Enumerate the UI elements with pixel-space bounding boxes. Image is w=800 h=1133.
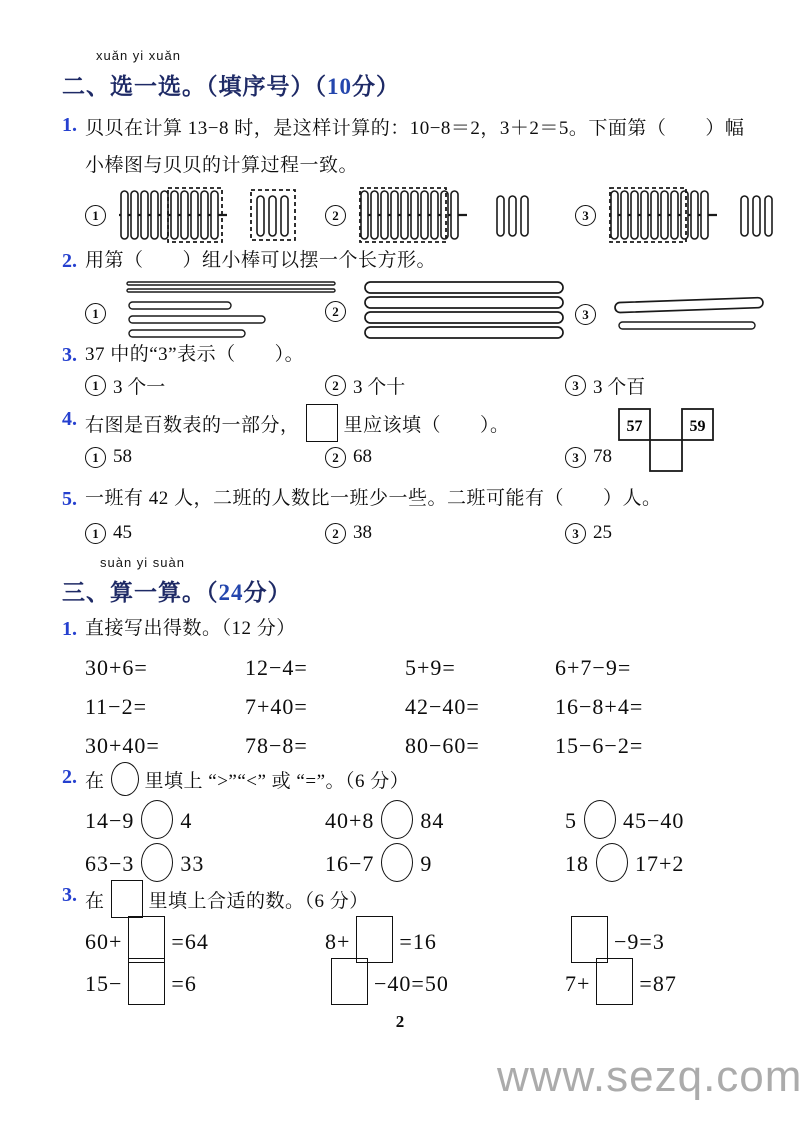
option-circle-2: 2 xyxy=(325,301,346,322)
q4-option-2-text: 68 xyxy=(353,446,372,468)
compare-row-2: 63−333 16−79 1817+2 xyxy=(85,843,775,882)
q5-option-2: 238 xyxy=(325,522,565,544)
option-circle-3: 3 xyxy=(575,205,596,226)
q3-option-1: 13 个一 xyxy=(85,372,325,399)
question-1-number: 1. xyxy=(62,110,85,140)
math-expression[interactable]: 6+7−9= xyxy=(555,648,775,687)
option-circle-3: 3 xyxy=(575,304,596,325)
calc-question-2-number: 2. xyxy=(62,762,85,792)
option-circle-1: 1 xyxy=(85,303,106,324)
q5-option-1: 145 xyxy=(85,522,325,544)
q3-option-2-text: 3 个十 xyxy=(353,372,405,399)
section-calc-heading-tail: 分） xyxy=(244,580,292,605)
q3-intro-after: 里填上合适的数。（6 分） xyxy=(149,891,369,912)
hundred-chart-cell-59: 59 xyxy=(690,418,706,435)
option-circle-1: 1 xyxy=(85,447,106,468)
fill-item: 60+=64 xyxy=(85,916,325,963)
q2-figure-option-1: 1 xyxy=(85,280,345,346)
q4-option-2: 268 xyxy=(325,446,565,468)
fill-item: 8+=16 xyxy=(325,916,565,963)
fill-pre: 8+ xyxy=(325,929,350,954)
q5-option-3: 325 xyxy=(565,522,765,544)
q4-option-1-text: 58 xyxy=(113,446,132,468)
compare-right: 4 xyxy=(180,808,192,833)
stick-bundle-figure-2 xyxy=(359,186,551,244)
compare-left: 18 xyxy=(565,851,589,876)
question-1-text: 贝贝在计算 13−8 时，是这样计算的：10−8＝2，3＋2＝5。下面第（ ）幅… xyxy=(85,110,750,184)
q1-figure-option-1: 1 xyxy=(85,186,311,244)
q4-option-3-text: 78 xyxy=(593,446,612,468)
compare-right: 45−40 xyxy=(623,808,684,833)
q1-figure-option-2: 2 xyxy=(325,186,551,244)
question-5-number: 5. xyxy=(62,484,85,514)
stick-bundle-figure-3 xyxy=(609,186,787,244)
section-choose-heading-text: 二、选一选。（填序号）（ xyxy=(62,74,327,99)
option-circle-2: 2 xyxy=(325,205,346,226)
q3-option-3-text: 3 个百 xyxy=(593,372,645,399)
compare-answer-circle[interactable] xyxy=(596,843,628,882)
fill-post: =16 xyxy=(399,929,436,954)
q5-option-1-text: 45 xyxy=(113,522,132,544)
option-circle-3: 3 xyxy=(565,447,586,468)
calc-question-2-text: 在里填上 “>”“<” 或 “=”。（6 分） xyxy=(85,762,409,797)
fill-answer-box[interactable] xyxy=(571,916,608,963)
fill-answer-box[interactable] xyxy=(596,958,633,1005)
fill-post: =6 xyxy=(171,971,196,996)
q3-option-3: 33 个百 xyxy=(565,372,765,399)
option-circle-1: 1 xyxy=(85,205,106,226)
compare-right: 33 xyxy=(180,851,204,876)
q3-option-1-text: 3 个一 xyxy=(113,372,165,399)
option-circle-2: 2 xyxy=(325,375,346,396)
pinyin-xuan-yi-xuan: xuǎn yi xuǎn xyxy=(96,48,181,63)
q4-inline-answer-box[interactable] xyxy=(306,404,338,442)
math-expression[interactable]: 30+40= xyxy=(85,726,245,765)
q3-option-2: 23 个十 xyxy=(325,372,565,399)
q3-intro-before: 在 xyxy=(85,891,105,912)
question-5-options: 145 238 325 xyxy=(85,522,765,544)
fill-item: 7+=87 xyxy=(565,958,775,1005)
mental-math-grid: 30+6= 12−4= 5+9= 6+7−9= 11−2= 7+40= 42−4… xyxy=(85,648,775,765)
stick-group-figure-2 xyxy=(359,280,571,342)
calc-question-3-text: 在里填上合适的数。（6 分） xyxy=(85,880,369,918)
section-calc-heading-text: 三、算一算。（ xyxy=(62,580,219,605)
section-calc-score: 24 xyxy=(219,580,244,605)
fill-item: 15−=6 xyxy=(85,958,325,1005)
question-2: 2. 用第（ ）组小棒可以摆一个长方形。 xyxy=(62,246,750,276)
stick-group-figure-1 xyxy=(119,280,345,346)
stick-group-figure-3 xyxy=(609,290,775,338)
compare-answer-circle[interactable] xyxy=(381,843,413,882)
pinyin-suan-yi-suan: suàn yi suàn xyxy=(100,555,185,570)
compare-left: 5 xyxy=(565,808,577,833)
fill-answer-box[interactable] xyxy=(356,916,393,963)
calc-question-1-number: 1. xyxy=(62,614,85,644)
math-expression[interactable]: 16−8+4= xyxy=(555,687,775,726)
calc-question-2: 2. 在里填上 “>”“<” 或 “=”。（6 分） xyxy=(62,762,750,797)
calc-question-3: 3. 在里填上合适的数。（6 分） xyxy=(62,880,750,918)
calc-question-1: 1. 直接写出得数。（12 分） xyxy=(62,614,750,644)
compare-right: 9 xyxy=(420,851,432,876)
math-expression[interactable]: 30+6= xyxy=(85,648,245,687)
section-choose-heading-tail: 分） xyxy=(352,74,400,99)
q2-intro-after: 里填上 “>”“<” 或 “=”。（6 分） xyxy=(145,771,410,792)
question-4-number: 4. xyxy=(62,404,85,434)
fill-box-example xyxy=(111,880,143,918)
math-expression[interactable]: 15−6−2= xyxy=(555,726,775,765)
fill-row-2: 15−=6 −40=50 7+=87 xyxy=(85,958,775,1005)
math-expression[interactable]: 11−2= xyxy=(85,687,245,726)
question-1: 1. 贝贝在计算 13−8 时，是这样计算的：10−8＝2，3＋2＝5。下面第（… xyxy=(62,110,750,184)
compare-row-1: 14−94 40+884 545−40 xyxy=(85,800,775,839)
q4-option-3: 378 xyxy=(565,446,765,468)
fill-pre: 60+ xyxy=(85,929,122,954)
compare-item: 16−79 xyxy=(325,843,565,882)
compare-right: 17+2 xyxy=(635,851,684,876)
section-choose-score: 10 xyxy=(327,74,352,99)
math-expression[interactable]: 42−40= xyxy=(405,687,555,726)
compare-item: 14−94 xyxy=(85,800,325,839)
option-circle-3: 3 xyxy=(565,523,586,544)
q4-text-after: 里应该填（ ）。 xyxy=(344,415,510,436)
math-expression[interactable]: 5+9= xyxy=(405,648,555,687)
compare-item: 40+884 xyxy=(325,800,565,839)
compare-circle-example xyxy=(111,762,139,796)
compare-answer-circle[interactable] xyxy=(141,843,173,882)
fill-post: =64 xyxy=(171,929,208,954)
math-expression[interactable]: 7+40= xyxy=(245,687,405,726)
question-3: 3. 37 中的“3”表示（ ）。 xyxy=(62,340,750,370)
option-circle-2: 2 xyxy=(325,523,346,544)
q2-figure-option-2: 2 xyxy=(325,280,571,342)
question-3-options: 13 个一 23 个十 33 个百 xyxy=(85,372,765,399)
compare-left: 14−9 xyxy=(85,808,134,833)
math-expression[interactable]: 12−4= xyxy=(245,648,405,687)
fill-item: −40=50 xyxy=(325,958,565,1005)
question-4: 4. 右图是百数表的一部分，里应该填（ ）。 xyxy=(62,404,622,442)
fill-post: −40=50 xyxy=(374,971,449,996)
section-calc-heading: 三、算一算。（24分） xyxy=(62,574,292,607)
question-3-number: 3. xyxy=(62,340,85,370)
q4-text-before: 右图是百数表的一部分， xyxy=(85,415,300,436)
compare-answer-circle[interactable] xyxy=(381,800,413,839)
option-circle-2: 2 xyxy=(325,447,346,468)
question-3-text: 37 中的“3”表示（ ）。 xyxy=(85,340,304,370)
compare-item: 545−40 xyxy=(565,800,775,839)
q5-option-3-text: 25 xyxy=(593,522,612,544)
q2-figure-option-3: 3 xyxy=(575,290,775,338)
q2-intro-before: 在 xyxy=(85,771,105,792)
fill-post: =87 xyxy=(639,971,676,996)
fill-answer-box[interactable] xyxy=(128,916,165,963)
question-5-text: 一班有 42 人，二班的人数比一班少一些。二班可能有（ ）人。 xyxy=(85,484,662,514)
compare-answer-circle[interactable] xyxy=(584,800,616,839)
fill-pre: 15− xyxy=(85,971,122,996)
worksheet-page: xuǎn yi xuǎn 二、选一选。（填序号）（10分） 1. 贝贝在计算 1… xyxy=(0,0,800,1133)
fill-pre: 7+ xyxy=(565,971,590,996)
hundred-chart-cell-57: 57 xyxy=(627,418,643,435)
q1-figure-option-3: 3 xyxy=(575,186,787,244)
question-5: 5. 一班有 42 人，二班的人数比一班少一些。二班可能有（ ）人。 xyxy=(62,484,750,514)
fill-answer-box[interactable] xyxy=(128,958,165,1005)
compare-item: 63−333 xyxy=(85,843,325,882)
question-4-options: 158 268 378 xyxy=(85,446,765,468)
fill-item: −9=3 xyxy=(565,916,775,963)
fill-post: −9=3 xyxy=(614,929,665,954)
calc-question-1-text: 直接写出得数。（12 分） xyxy=(85,614,296,644)
q4-option-1: 158 xyxy=(85,446,325,468)
option-circle-1: 1 xyxy=(85,523,106,544)
question-2-text: 用第（ ）组小棒可以摆一个长方形。 xyxy=(85,246,436,276)
compare-left: 63−3 xyxy=(85,851,134,876)
math-expression[interactable]: 78−8= xyxy=(245,726,405,765)
stick-bundle-figure-1 xyxy=(119,186,311,244)
section-choose-heading: 二、选一选。（填序号）（10分） xyxy=(62,68,400,101)
compare-left: 40+8 xyxy=(325,808,374,833)
compare-left: 16−7 xyxy=(325,851,374,876)
compare-answer-circle[interactable] xyxy=(141,800,173,839)
option-circle-3: 3 xyxy=(565,375,586,396)
math-expression[interactable]: 80−60= xyxy=(405,726,555,765)
q5-option-2-text: 38 xyxy=(353,522,372,544)
compare-item: 1817+2 xyxy=(565,843,775,882)
fill-answer-box[interactable] xyxy=(331,958,368,1005)
question-4-text: 右图是百数表的一部分，里应该填（ ）。 xyxy=(85,404,510,442)
fill-row-1: 60+=64 8+=16 −9=3 xyxy=(85,916,775,963)
watermark: www.sezq.com xyxy=(497,1052,800,1102)
page-number: 2 xyxy=(0,1012,800,1032)
calc-question-3-number: 3. xyxy=(62,880,85,910)
option-circle-1: 1 xyxy=(85,375,106,396)
compare-right: 84 xyxy=(420,808,444,833)
question-2-number: 2. xyxy=(62,246,85,276)
